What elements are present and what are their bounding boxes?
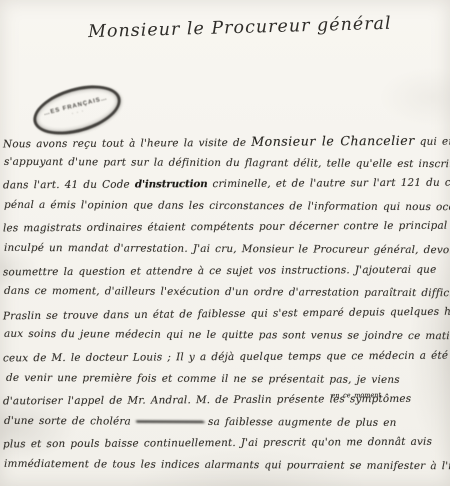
line-text: sa faiblesse augmente de plus en bbox=[203, 416, 397, 429]
manuscript-line: d'autoriser l'appel de Mr. Andral. M. de… bbox=[3, 389, 447, 413]
manuscript-line: ceux de M. le docteur Louis ; Il y a déj… bbox=[3, 346, 447, 370]
manuscript-line: plus et son pouls baisse continuellement… bbox=[3, 432, 447, 456]
stamp-text-bottom: · · · bbox=[71, 108, 85, 118]
crossed-out-words: ———————— bbox=[136, 415, 203, 427]
line-text: criminelle, et de l'autre sur l'art 121 … bbox=[207, 177, 450, 191]
line-text: Nous avons reçu tout à l'heure la visite… bbox=[3, 137, 251, 151]
manuscript-line: aux soins du jeune médecin qui ne le qui… bbox=[4, 324, 448, 348]
overwritten-correction: d'instruction bbox=[135, 178, 208, 190]
manuscript-line: soumettre la question et attendre à ce s… bbox=[3, 259, 447, 283]
manuscript-line: les magistrats ordinaires étaient compét… bbox=[3, 216, 447, 240]
manuscript-line: immédiatement de tous les indices alarma… bbox=[4, 454, 448, 478]
manuscript-line: de venir une première fois et comme il n… bbox=[4, 367, 448, 391]
manuscript-line: dans ce moment, d'ailleurs l'exécution d… bbox=[4, 281, 448, 305]
manuscript-line: dans l'art. 41 du Code d'instruction cri… bbox=[3, 173, 447, 197]
interline-insertion: en ce moment bbox=[331, 385, 381, 407]
line-text: d'autoriser l'appel de Mr. Andral. M. de… bbox=[3, 393, 330, 407]
manuscript-line: Nous avons reçu tout à l'heure la visite… bbox=[3, 130, 447, 154]
manuscript-line: d'une sorte de choléra ———————— sa faibl… bbox=[4, 411, 448, 435]
manuscript-line: s'appuyant d'une part sur la définition … bbox=[4, 151, 448, 175]
line-text: dans l'art. 41 du Code bbox=[3, 179, 135, 192]
manuscript-line: pénal a émis l'opinion que dans les circ… bbox=[4, 195, 448, 219]
line-text: qui en bbox=[415, 136, 450, 148]
manuscript-line: inculpé un mandat d'arrestation. J'ai cr… bbox=[4, 238, 448, 262]
letter-body: Nous avons reçu tout à l'heure la visite… bbox=[0, 131, 450, 477]
line-text-emphasized: Monsieur le Chancelier bbox=[251, 133, 415, 149]
letter-salutation: Monsieur le Procureur général bbox=[88, 14, 388, 42]
scanned-letter-page: Monsieur le Procureur général …ES FRANÇA… bbox=[0, 0, 450, 486]
line-text: d'une sorte de choléra bbox=[4, 415, 136, 428]
